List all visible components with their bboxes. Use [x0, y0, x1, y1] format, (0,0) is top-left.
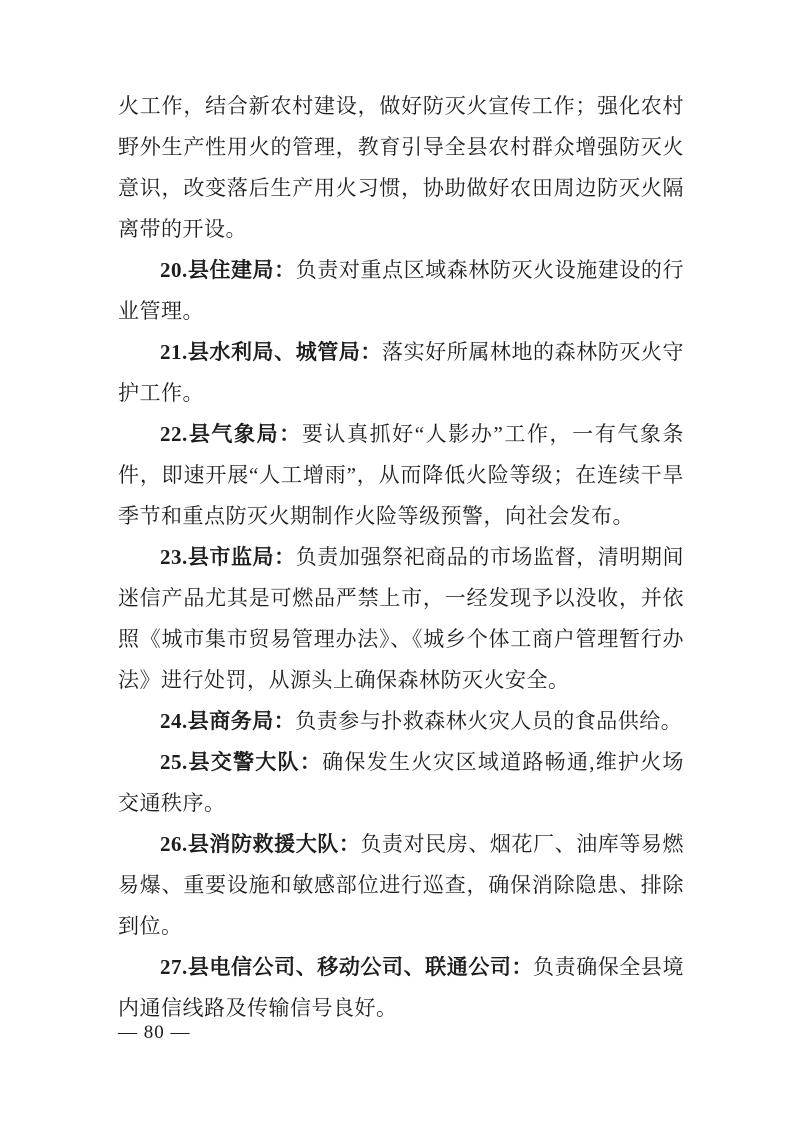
item-20: 20.县住建局：负责对重点区域森林防灭火设施建设的行业管理。 [118, 250, 684, 332]
item-23: 23.县市监局：负责加强祭祀商品的市场监督，清明期间迷信产品尤其是可燃品严禁上市… [118, 537, 684, 701]
item-27-label: 27.县电信公司、移动公司、联通公司： [160, 955, 533, 979]
item-24-label: 24.县商务局： [160, 709, 295, 733]
paragraph-continuation: 火工作，结合新农村建设，做好防灭火宣传工作；强化农村野外生产性用火的管理，教育引… [118, 86, 684, 250]
item-21: 21.县水利局、城管局：落实好所属林地的森林防灭火守护工作。 [118, 332, 684, 414]
item-24: 24.县商务局：负责参与扑救森林火灾人员的食品供给。 [118, 701, 684, 742]
item-25: 25.县交警大队：确保发生火灾区域道路畅通,维护火场交通秩序。 [118, 742, 684, 824]
page-number: — 80 — [118, 1022, 191, 1044]
item-20-label: 20.县住建局： [160, 258, 296, 282]
item-26-label: 26.县消防救援大队： [160, 832, 360, 856]
item-23-label: 23.县市监局： [160, 545, 296, 569]
item-24-text: 负责参与扑救森林火灾人员的食品供给。 [295, 709, 682, 733]
item-22-label: 22.县气象局： [160, 422, 302, 446]
document-body: 火工作，结合新农村建设，做好防灭火宣传工作；强化农村野外生产性用火的管理，教育引… [118, 86, 684, 1029]
item-21-label: 21.县水利局、城管局： [160, 340, 382, 364]
item-27: 27.县电信公司、移动公司、联通公司：负责确保全县境内通信线路及传输信号良好。 [118, 947, 684, 1029]
item-25-label: 25.县交警大队： [160, 750, 322, 774]
item-26: 26.县消防救援大队：负责对民房、烟花厂、油库等易燃易爆、重要设施和敏感部位进行… [118, 824, 684, 947]
document-page: { "page": { "page_number": "— 80 —" }, "… [0, 0, 793, 1122]
item-22: 22.县气象局：要认真抓好“人影办”工作，一有气象条件，即速开展“人工增雨”，从… [118, 414, 684, 537]
